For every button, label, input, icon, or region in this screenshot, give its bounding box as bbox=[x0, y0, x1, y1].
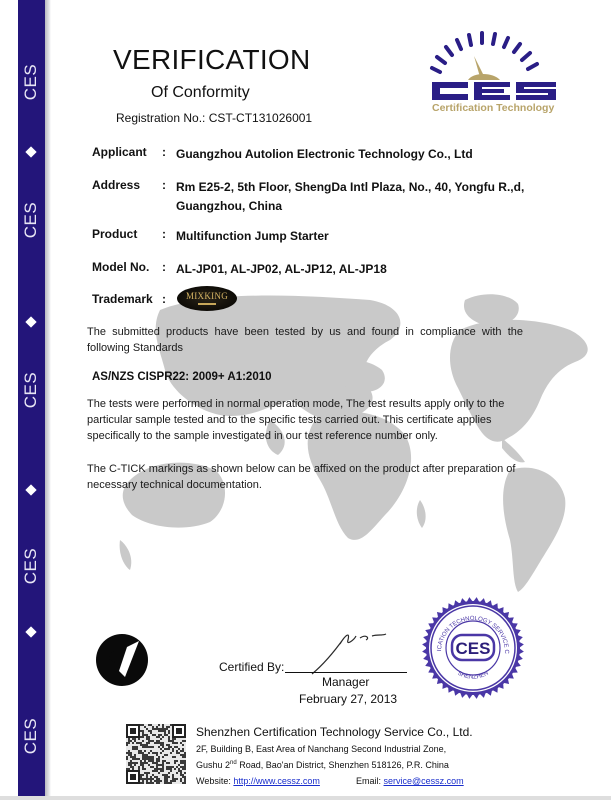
trademark-underline bbox=[198, 303, 216, 305]
sidebar-ces-label: CES bbox=[18, 200, 45, 240]
standard-reference: AS/NZS CISPR22: 2009+ A1:2010 bbox=[92, 371, 272, 383]
page-bottom-edge bbox=[0, 796, 611, 800]
diamond-icon bbox=[26, 627, 36, 637]
website-link[interactable]: http://www.cessz.com bbox=[233, 776, 320, 786]
compliance-statement: The submitted products have been tested … bbox=[87, 324, 523, 356]
field-label: Address bbox=[92, 178, 162, 192]
issuer-address-line1: 2F, Building B, East Area of Nanchang Se… bbox=[196, 744, 446, 754]
diamond-icon bbox=[26, 317, 36, 327]
sidebar-ces-label: CES bbox=[18, 716, 45, 756]
issuer-address-line2: Gushu 2nd Road, Bao'an District, Shenzhe… bbox=[196, 760, 449, 770]
email-label: Email: bbox=[356, 776, 381, 786]
signature-image bbox=[310, 624, 390, 676]
field-value: Multifunction Jump Starter bbox=[176, 227, 536, 246]
field-label: Trademark bbox=[92, 292, 162, 306]
field-colon: : bbox=[162, 292, 166, 306]
issue-date: February 27, 2013 bbox=[299, 692, 397, 706]
ces-logo: Certification Technology bbox=[418, 30, 568, 115]
address-part: Road, Bao'an District, Shenzhen 518126, … bbox=[237, 760, 449, 770]
trademark-logo: MIXKING bbox=[177, 286, 237, 311]
field-label: Product bbox=[92, 227, 162, 241]
qr-code[interactable] bbox=[126, 724, 186, 784]
tests-note: The tests were performed in normal opera… bbox=[87, 396, 523, 444]
field-colon: : bbox=[162, 178, 166, 192]
signer-title: Manager bbox=[322, 675, 369, 689]
svg-text:Certification Technology: Certification Technology bbox=[432, 102, 554, 114]
field-label: Model No. bbox=[92, 260, 162, 274]
address-superscript: nd bbox=[230, 760, 237, 766]
document-subtitle: Of Conformity bbox=[151, 84, 250, 102]
email-group: Email: service@cessz.com bbox=[356, 776, 464, 786]
sidebar-ces-label: CES bbox=[18, 370, 45, 410]
ctick-note: The C-TICK markings as shown below can b… bbox=[87, 461, 523, 493]
issuer-contact: Website: http://www.cessz.com Email: ser… bbox=[196, 776, 320, 786]
signature-line bbox=[285, 672, 407, 673]
field-value: AL-JP01, AL-JP02, AL-JP12, AL-JP18 bbox=[176, 260, 536, 279]
field-colon: : bbox=[162, 227, 166, 241]
diamond-icon bbox=[26, 147, 36, 157]
email-link[interactable]: service@cessz.com bbox=[384, 776, 464, 786]
website-label: Website: bbox=[196, 776, 231, 786]
field-label: Applicant bbox=[92, 145, 162, 159]
field-colon: : bbox=[162, 260, 166, 274]
issuer-company-name: Shenzhen Certification Technology Servic… bbox=[196, 725, 473, 739]
sidebar-ces-label: CES bbox=[18, 546, 45, 586]
certified-by-label: Certified By: bbox=[219, 660, 284, 674]
field-colon: : bbox=[162, 145, 166, 159]
field-value: Rm E25-2, 5th Floor, ShengDa Intl Plaza,… bbox=[176, 178, 536, 216]
svg-text:CES: CES bbox=[456, 639, 491, 658]
sidebar-shadow bbox=[45, 0, 51, 800]
field-value: Guangzhou Autolion Electronic Technology… bbox=[176, 145, 536, 164]
address-part: Gushu 2 bbox=[196, 760, 230, 770]
c-tick-mark-icon bbox=[95, 633, 149, 687]
company-seal-stamp: CES CERTIFICATION TECHNOLOGY SERVICE CO.… bbox=[421, 596, 525, 700]
diamond-icon bbox=[26, 485, 36, 495]
sidebar-ces-label: CES bbox=[18, 62, 45, 102]
document-title: VERIFICATION bbox=[113, 44, 311, 76]
trademark-text: MIXKING bbox=[186, 292, 228, 301]
registration-number: Registration No.: CST-CT131026001 bbox=[116, 111, 312, 125]
